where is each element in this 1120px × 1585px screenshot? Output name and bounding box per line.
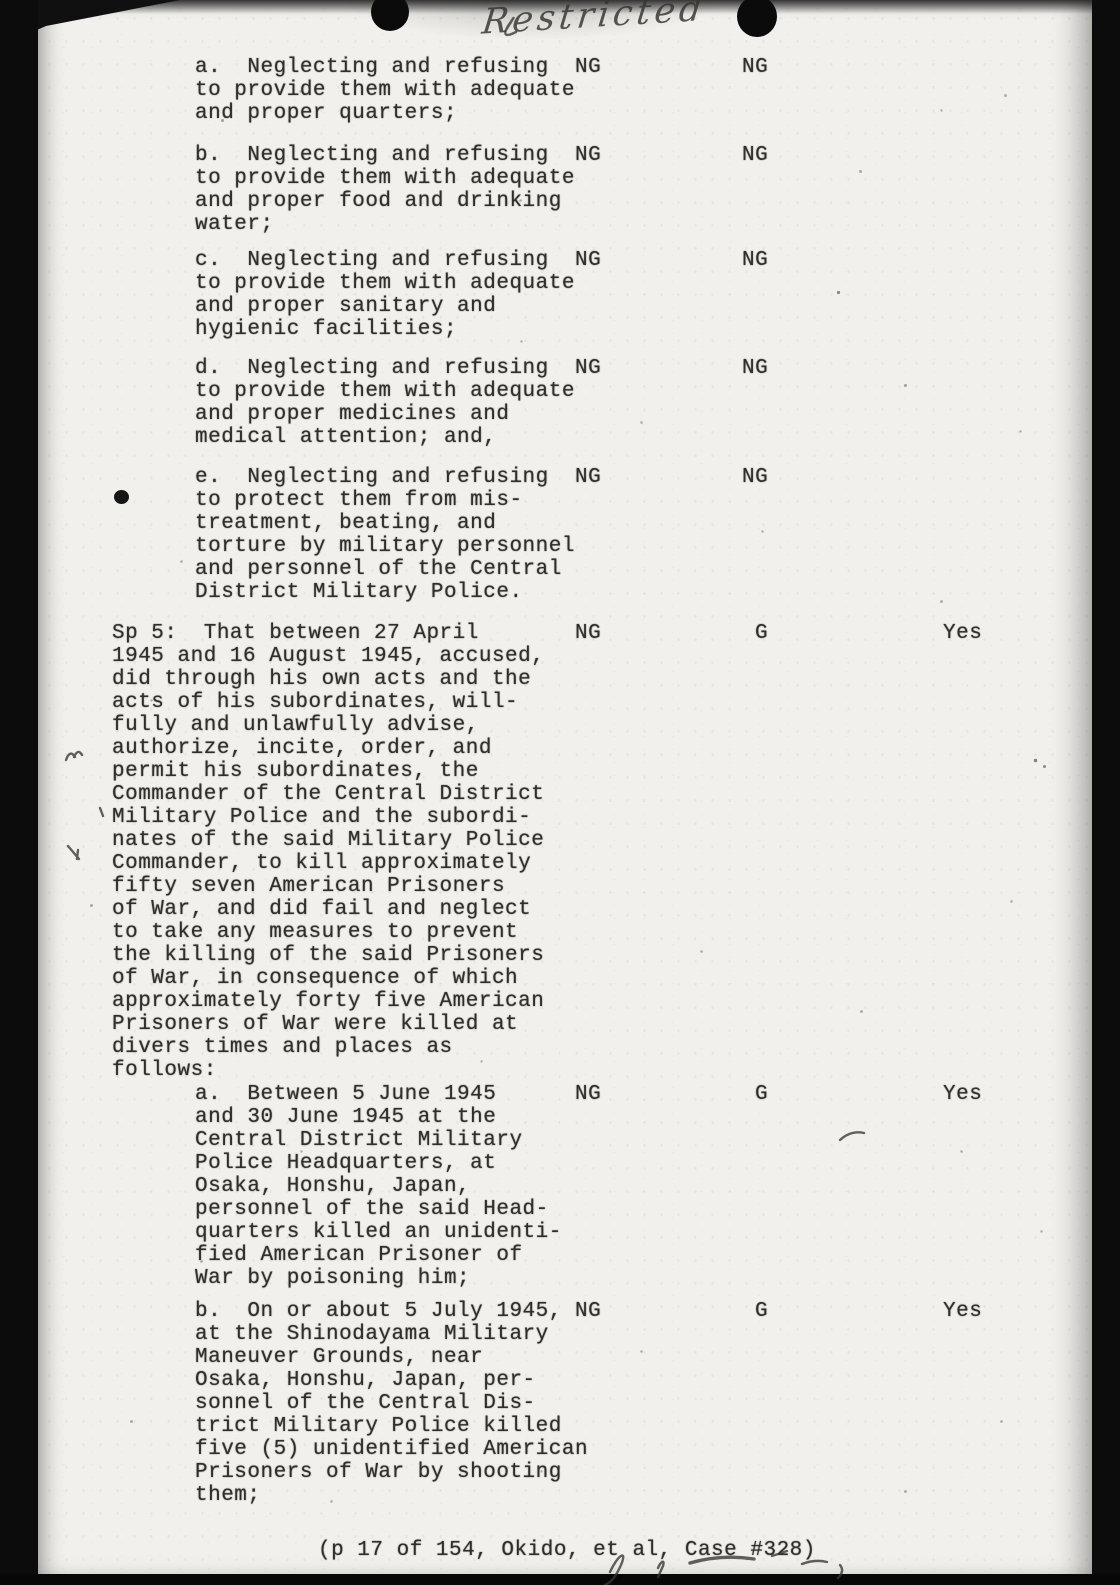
charge-text: b. Neglecting and refusing to provide th… xyxy=(195,144,715,236)
plea-marker: NG xyxy=(575,1300,601,1323)
specification-text: Sp 5: That between 27 April 1945 and 16 … xyxy=(112,622,632,1082)
plea-marker: NG xyxy=(575,357,601,380)
ink-blot xyxy=(114,490,129,504)
charge-text: d. Neglecting and refusing to provide th… xyxy=(195,357,715,449)
finding-marker: NG xyxy=(742,466,768,489)
finding-marker: G xyxy=(755,1083,768,1106)
plea-marker: NG xyxy=(575,144,601,167)
sentence-marker: Yes xyxy=(943,1083,982,1106)
finding-marker: NG xyxy=(742,357,768,380)
paper-specks xyxy=(0,0,1,1)
finding-marker: G xyxy=(755,1300,768,1323)
page-footer: (p 17 of 154, Okido, et al, Case #328) xyxy=(318,1539,816,1562)
finding-marker: NG xyxy=(742,56,768,79)
sub-charge-text: b. On or about 5 July 1945, at the Shino… xyxy=(195,1300,715,1507)
finding-marker: NG xyxy=(742,249,768,272)
charge-text: c. Neglecting and refusing to provide th… xyxy=(195,249,715,341)
finding-marker: G xyxy=(755,622,768,645)
charge-text: e. Neglecting and refusing to protect th… xyxy=(195,466,715,604)
plea-marker: NG xyxy=(575,56,601,79)
finding-marker: NG xyxy=(742,144,768,167)
scan-edge-left xyxy=(0,0,38,1585)
scanned-document-page: Restricted a. Neglecting and refusing to… xyxy=(0,0,1120,1585)
scan-edge-bottom xyxy=(0,1574,1120,1585)
plea-marker: NG xyxy=(575,1083,601,1106)
sentence-marker: Yes xyxy=(943,622,982,645)
sub-charge-text: a. Between 5 June 1945 and 30 June 1945 … xyxy=(195,1083,715,1290)
charge-text: a. Neglecting and refusing to provide th… xyxy=(195,56,715,125)
plea-marker: NG xyxy=(575,466,601,489)
plea-marker: NG xyxy=(575,622,601,645)
plea-marker: NG xyxy=(575,249,601,272)
sentence-marker: Yes xyxy=(943,1300,982,1323)
scan-edge-right xyxy=(1092,0,1120,1585)
